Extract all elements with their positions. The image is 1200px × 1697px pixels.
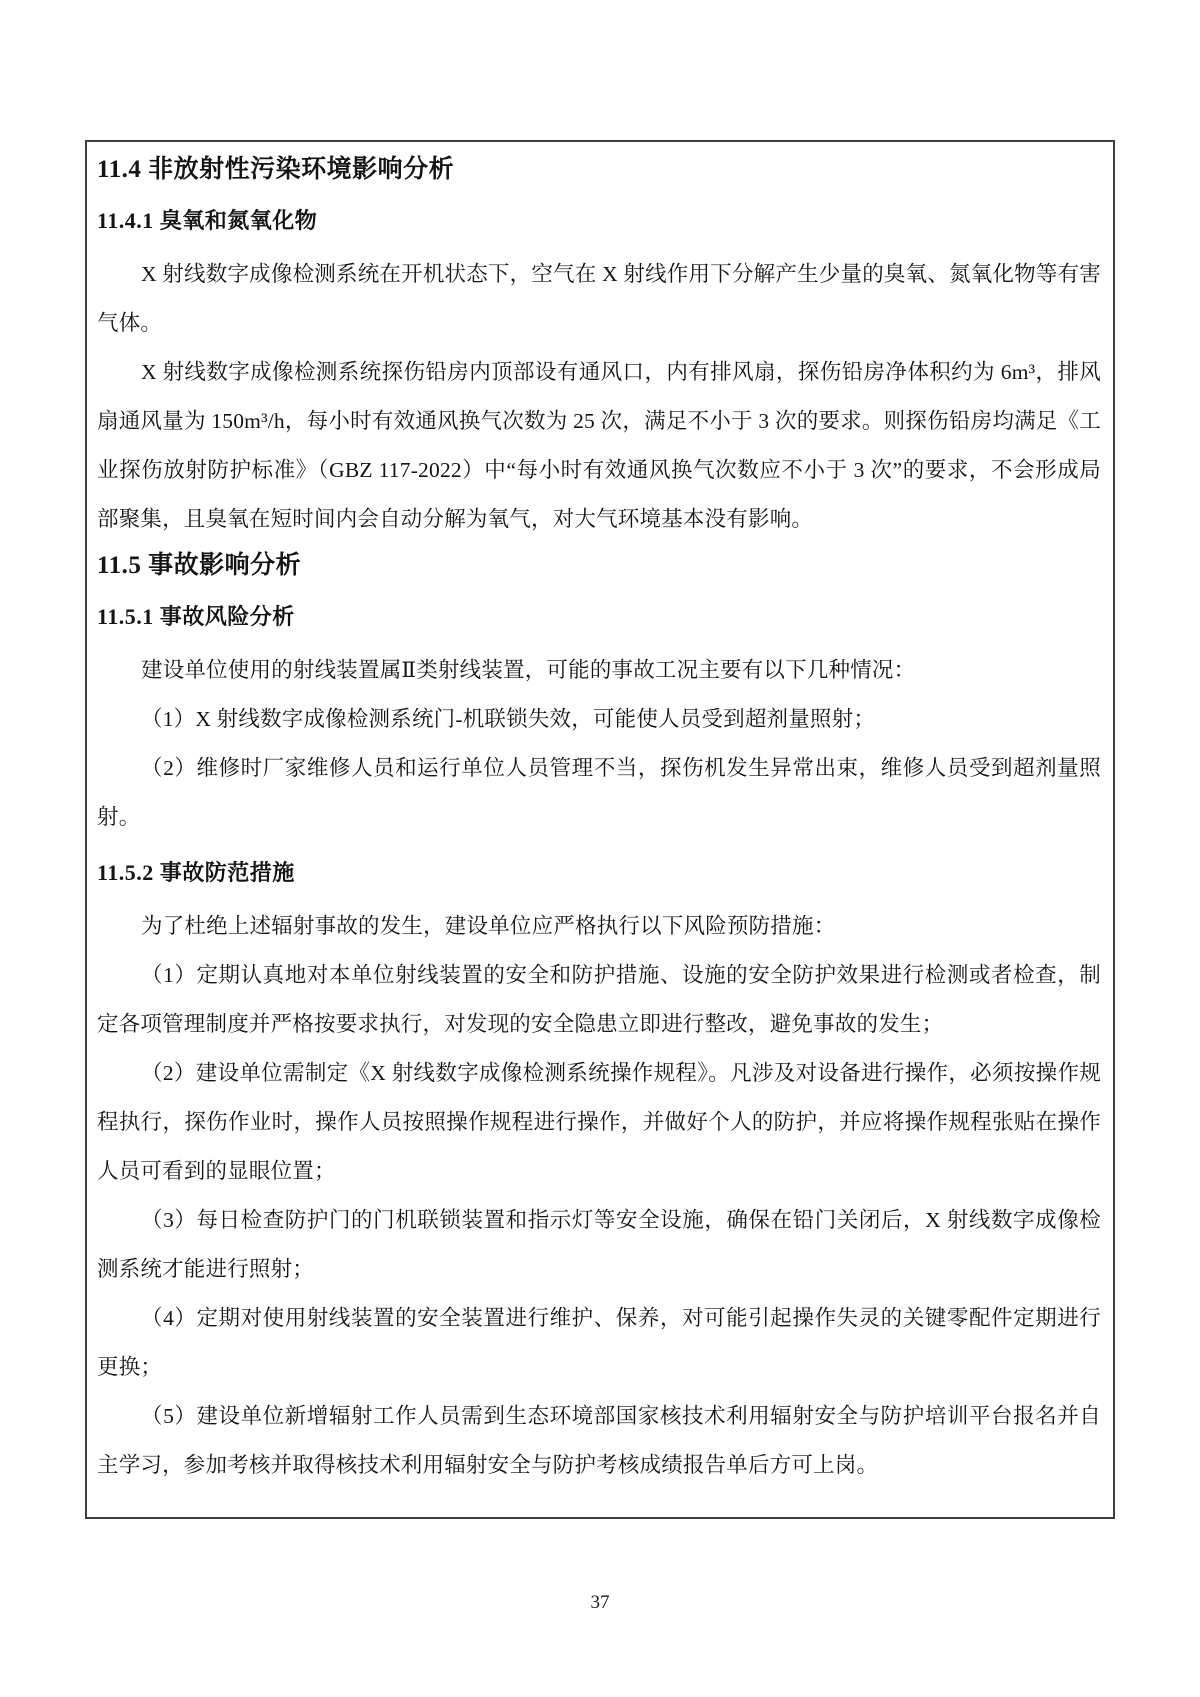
paragraph-prevention-measure-1: （1）定期认真地对本单位射线装置的安全和防护措施、设施的安全防护效果进行检测或者… xyxy=(97,951,1101,1049)
paragraph-accident-scenario-1: （1）X 射线数字成像检测系统门-机联锁失效，可能使人员受到超剂量照射； xyxy=(97,695,1101,744)
subsection-heading-11-5-2: 11.5.2 事故防范措施 xyxy=(97,856,1101,890)
content-border-frame: 11.4 非放射性污染环境影响分析 11.4.1 臭氧和氮氧化物 X 射线数字成… xyxy=(85,140,1115,1519)
subsection-heading-11-4-1: 11.4.1 臭氧和氮氧化物 xyxy=(97,204,1101,238)
paragraph-prevention-measure-2: （2）建设单位需制定《X 射线数字成像检测系统操作规程》。凡涉及对设备进行操作，… xyxy=(97,1049,1101,1196)
paragraph-prevention-measure-3: （3）每日检查防护门的门机联锁装置和指示灯等安全设施，确保在铅门关闭后，X 射线… xyxy=(97,1196,1101,1294)
paragraph-accident-scenarios-intro: 建设单位使用的射线装置属Ⅱ类射线装置，可能的事故工况主要有以下几种情况： xyxy=(97,646,1101,695)
paragraph-ventilation-analysis: X 射线数字成像检测系统探伤铅房内顶部设有通风口，内有排风扇，探伤铅房净体积约为… xyxy=(97,348,1101,544)
document-page: { "document": { "blocks": [ { "kind": "h… xyxy=(0,0,1200,1697)
paragraph-prevention-measure-5: （5）建设单位新增辐射工作人员需到生态环境部国家核技术利用辐射安全与防护培训平台… xyxy=(97,1392,1101,1490)
section-heading-11-4: 11.4 非放射性污染环境影响分析 xyxy=(97,150,1101,190)
paragraph-ozone-generation: X 射线数字成像检测系统在开机状态下，空气在 X 射线作用下分解产生少量的臭氧、… xyxy=(97,250,1101,348)
paragraph-prevention-intro: 为了杜绝上述辐射事故的发生，建设单位应严格执行以下风险预防措施： xyxy=(97,902,1101,951)
section-heading-11-5: 11.5 事故影响分析 xyxy=(97,546,1101,586)
paragraph-prevention-measure-4: （4）定期对使用射线装置的安全装置进行维护、保养，对可能引起操作失灵的关键零配件… xyxy=(97,1294,1101,1392)
paragraph-accident-scenario-2: （2）维修时厂家维修人员和运行单位人员管理不当，探伤机发生异常出束，维修人员受到… xyxy=(97,744,1101,842)
page-number: 37 xyxy=(0,1592,1200,1614)
subsection-heading-11-5-1: 11.5.1 事故风险分析 xyxy=(97,600,1101,634)
